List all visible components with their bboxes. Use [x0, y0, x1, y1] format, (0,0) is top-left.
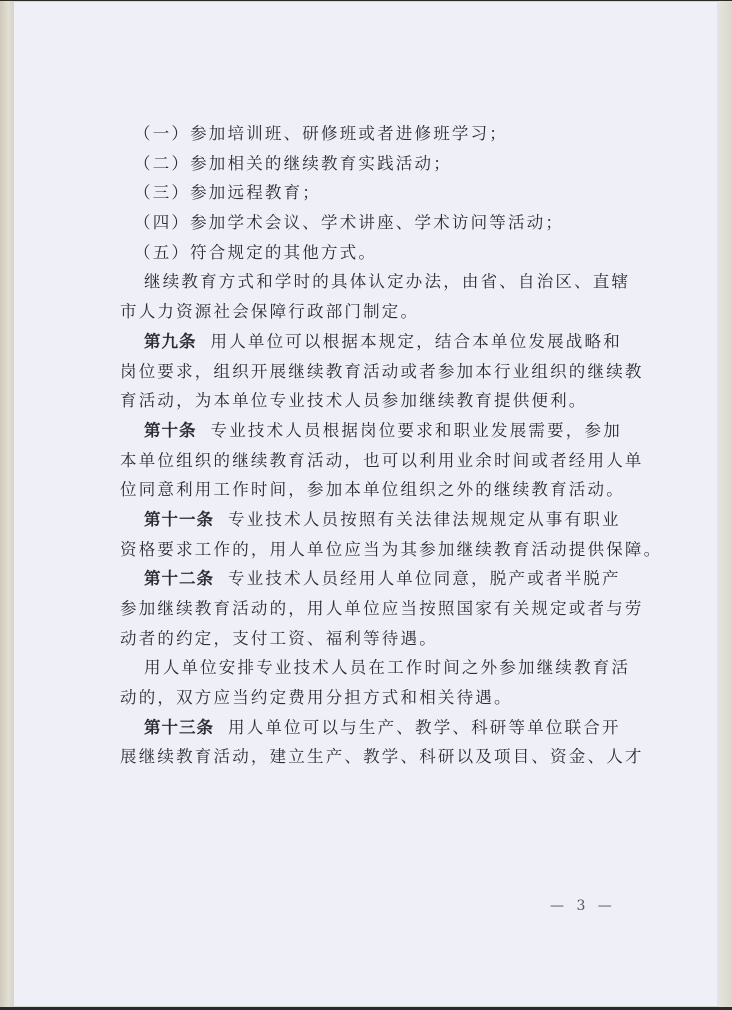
paragraph-line: 育活动，为本单位专业技术人员参加继续教育提供便利。: [120, 386, 644, 416]
article-text: 用人单位可以与生产、教学、科研等单位联合开: [228, 718, 621, 737]
paragraph-line: 用人单位安排专业技术人员在工作时间之外参加继续教育活: [134, 653, 644, 683]
list-item-text: 符合规定的其他方式。: [190, 243, 377, 262]
list-item-text: 参加培训班、研修班或者进修班学习；: [190, 124, 508, 143]
paragraph-line: 市人力资源社会保障行政部门制定。: [120, 297, 644, 327]
article-10-line: 第十条专业技术人员根据岗位要求和职业发展需要，参加: [134, 416, 644, 446]
article-heading: 第十一条: [144, 510, 214, 529]
article-12-line: 第十二条专业技术人员经用人单位同意，脱产或者半脱产: [134, 564, 644, 594]
list-item-label: （一）: [134, 124, 190, 143]
article-heading: 第九条: [144, 332, 197, 351]
page-right-edge: [718, 1, 732, 1007]
paragraph-line: 本单位组织的继续教育活动，也可以利用业余时间或者经用人单: [120, 446, 644, 476]
article-13-line: 第十三条用人单位可以与生产、教学、科研等单位联合开: [134, 713, 644, 743]
list-item-label: （三）: [134, 183, 190, 202]
article-text: 专业技术人员根据岗位要求和职业发展需要，参加: [211, 421, 622, 440]
article-11-line: 第十一条专业技术人员按照有关法律法规规定从事有职业: [134, 505, 644, 535]
list-item: （四）参加学术会议、学术讲座、学术访问等活动；: [134, 208, 644, 238]
list-item: （五）符合规定的其他方式。: [134, 238, 644, 268]
paragraph-line: 动的，双方应当约定费用分担方式和相关待遇。: [120, 683, 644, 713]
list-item-text: 参加相关的继续教育实践活动；: [190, 154, 452, 173]
list-item: （三）参加远程教育；: [134, 178, 644, 208]
list-item-label: （四）: [134, 213, 190, 232]
article-heading: 第十三条: [144, 718, 214, 737]
article-text: 专业技术人员按照有关法律法规规定从事有职业: [228, 510, 621, 529]
page-number: — 3 —: [550, 898, 616, 914]
document-page: （一）参加培训班、研修班或者进修班学习； （二）参加相关的继续教育实践活动； （…: [14, 2, 719, 1006]
paragraph-line: 资格要求工作的，用人单位应当为其参加继续教育活动提供保障。: [120, 535, 644, 565]
list-item: （一）参加培训班、研修班或者进修班学习；: [134, 119, 644, 149]
article-9-line: 第九条用人单位可以根据本规定，结合本单位发展战略和: [134, 327, 644, 357]
paragraph-line: 动者的约定，支付工资、福利等待遇。: [120, 624, 644, 654]
list-item: （二）参加相关的继续教育实践活动；: [134, 149, 644, 179]
list-item-text: 参加学术会议、学术讲座、学术访问等活动；: [190, 213, 564, 232]
paragraph-line: 继续教育方式和学时的具体认定办法，由省、自治区、直辖: [134, 267, 644, 297]
list-item-text: 参加远程教育；: [190, 183, 321, 202]
paragraph-line: 位同意利用工作时间，参加本单位组织之外的继续教育活动。: [120, 475, 644, 505]
paragraph-line: 岗位要求，组织开展继续教育活动或者参加本行业组织的继续教: [120, 357, 644, 387]
paragraph-line: 展继续教育活动，建立生产、教学、科研以及项目、资金、人才: [120, 742, 644, 772]
article-text: 用人单位可以根据本规定，结合本单位发展战略和: [211, 332, 622, 351]
page-left-edge: [0, 1, 14, 1007]
list-item-label: （五）: [134, 243, 190, 262]
article-text: 专业技术人员经用人单位同意，脱产或者半脱产: [228, 569, 621, 588]
list-item-label: （二）: [134, 154, 190, 173]
document-body: （一）参加培训班、研修班或者进修班学习； （二）参加相关的继续教育实践活动； （…: [134, 119, 644, 772]
paragraph-line: 参加继续教育活动的，用人单位应当按照国家有关规定或者与劳: [120, 594, 644, 624]
article-heading: 第十二条: [144, 569, 214, 588]
article-heading: 第十条: [144, 421, 197, 440]
